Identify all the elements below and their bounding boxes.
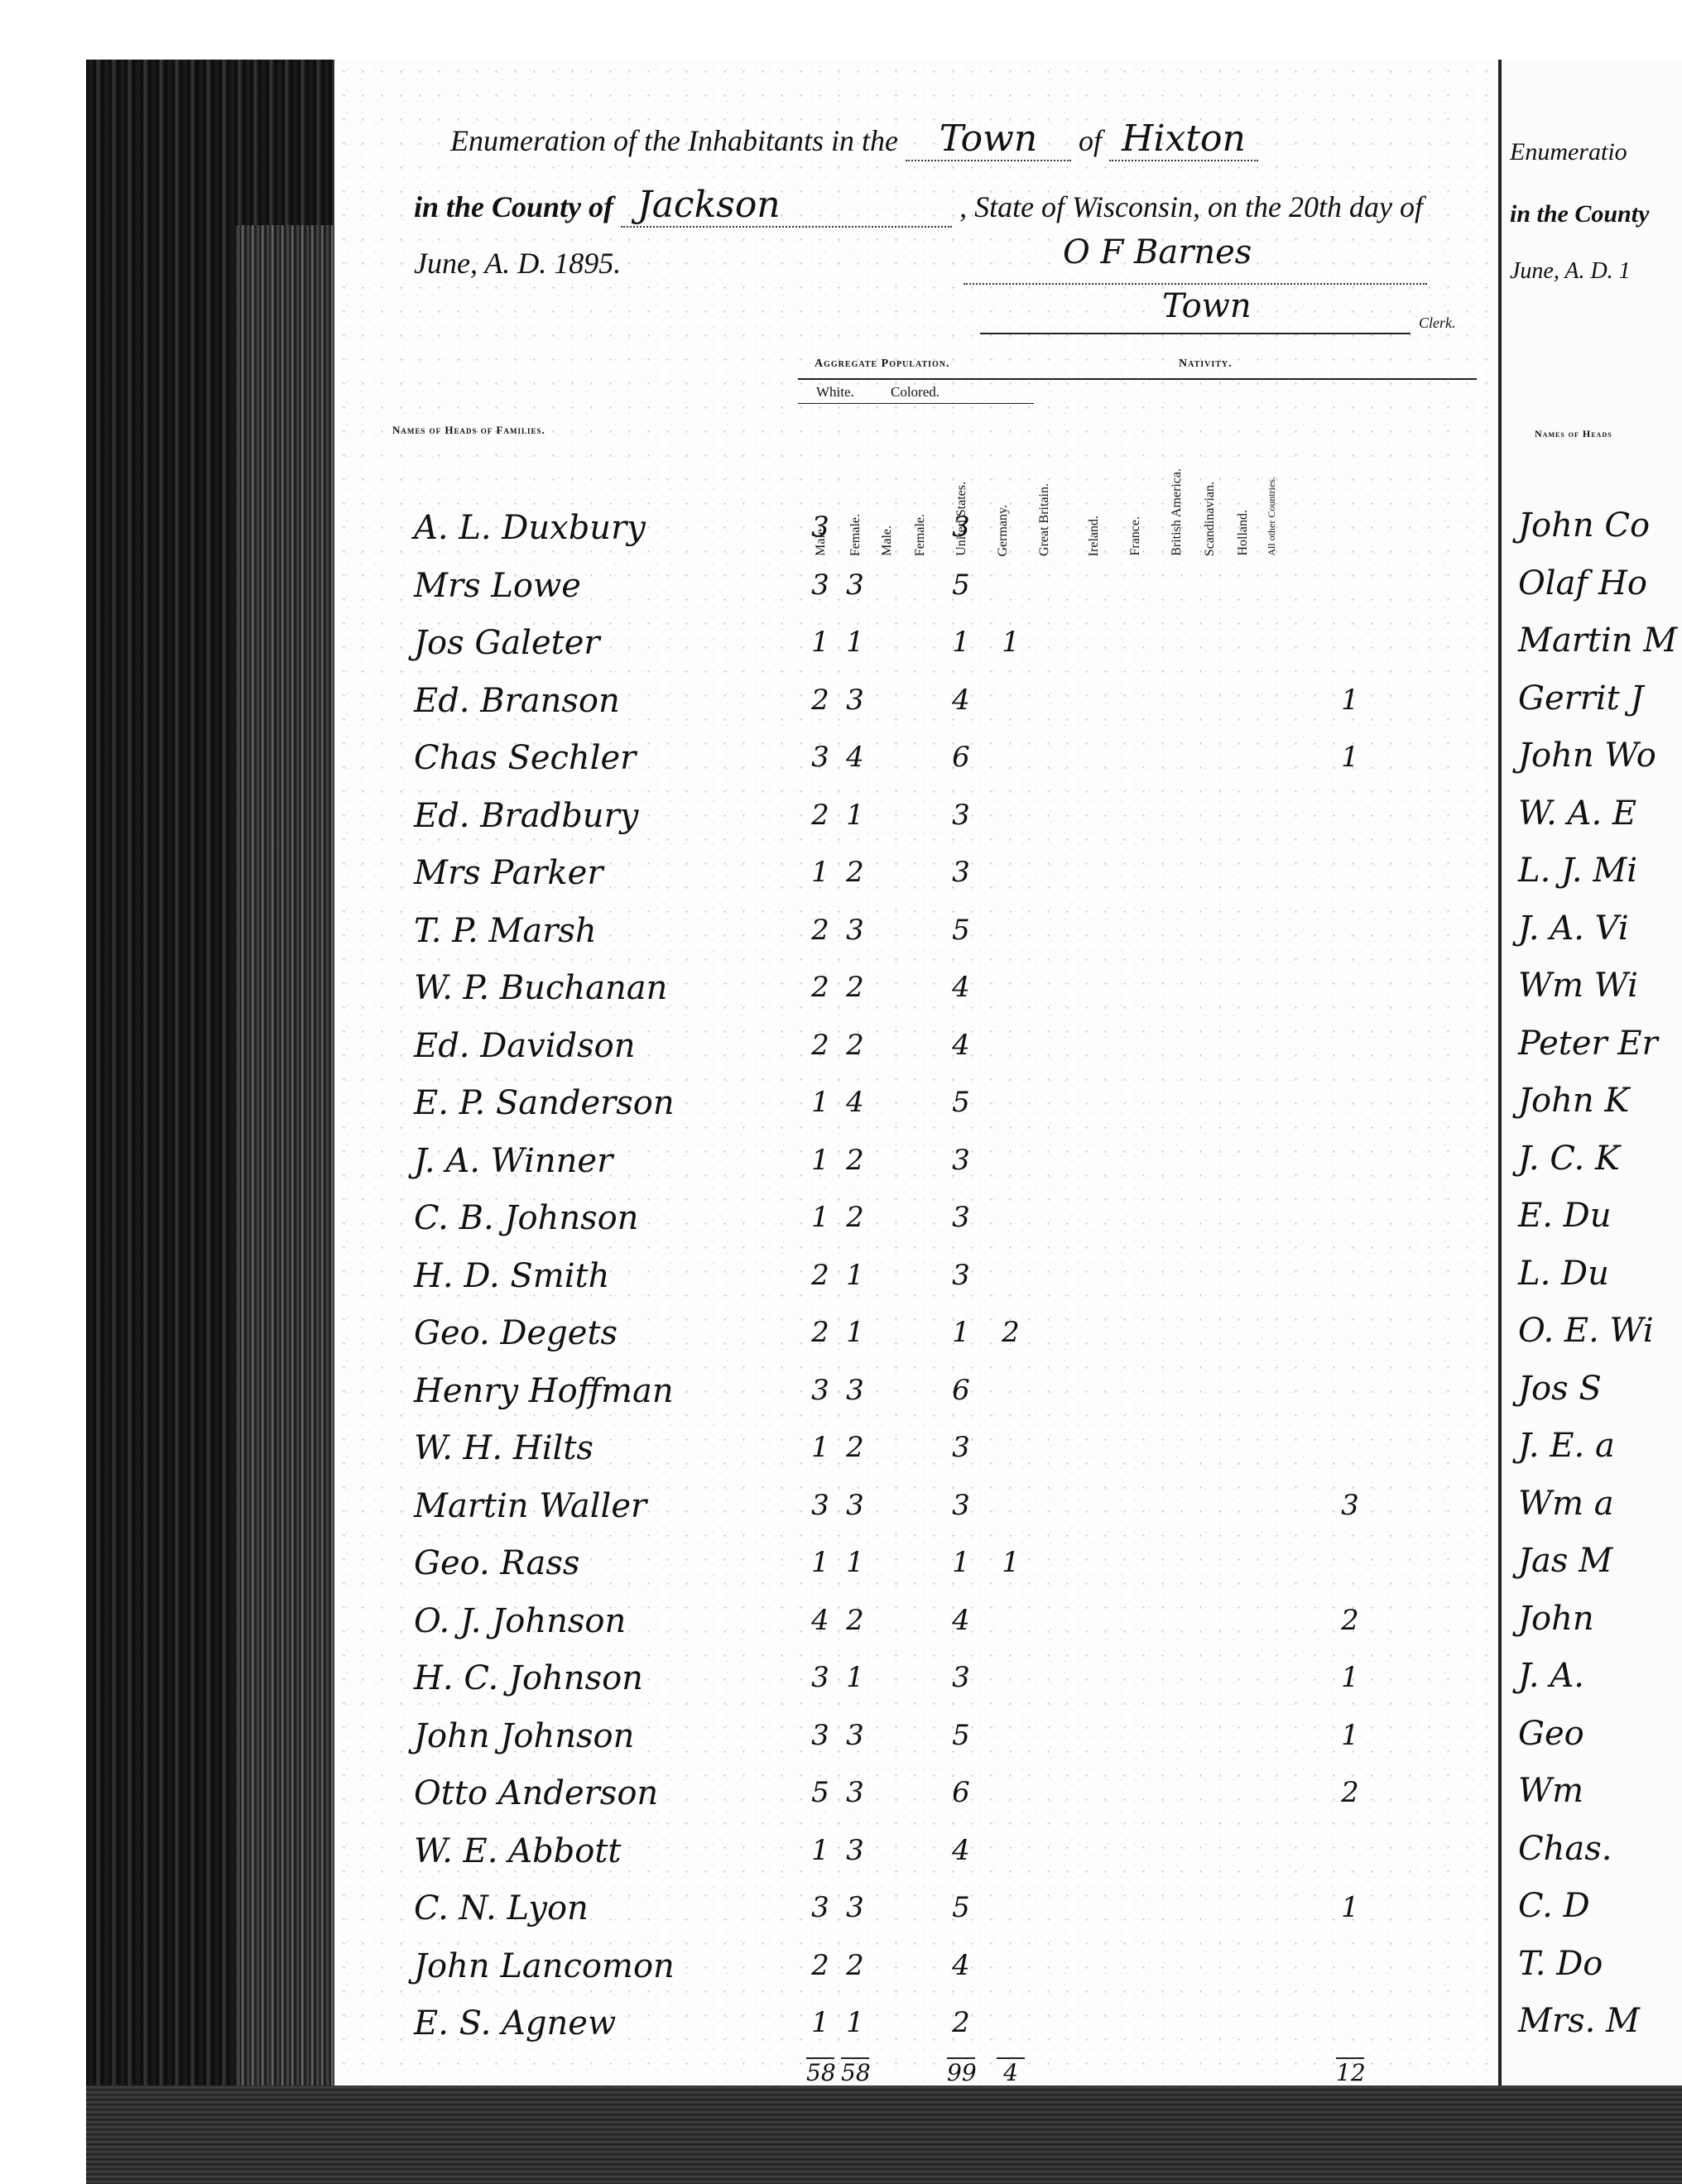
adjacent-name: Mrs. M <box>1518 2002 1640 2040</box>
adjacent-name: L. Du <box>1518 1255 1609 1293</box>
adjacent-name: Jas M <box>1518 1542 1612 1580</box>
count-us: 5 <box>947 569 975 602</box>
count-us: 4 <box>947 1834 975 1867</box>
table-row: John Lancomon224 <box>334 1947 1510 1989</box>
head-of-family-name: C. B. Johnson <box>414 1199 638 1237</box>
count-white-female: 3 <box>841 1776 869 1809</box>
head-of-family-name: E. S. Agnew <box>414 2004 616 2042</box>
count-white-female: 3 <box>841 914 869 947</box>
table-row: Ed. Branson2341 <box>334 682 1510 723</box>
count-white-male: 1 <box>806 1834 834 1867</box>
adjacent-name: E. Du <box>1518 1197 1611 1235</box>
count-holland: 2 <box>1336 1776 1364 1809</box>
count-white-female: 3 <box>841 1489 869 1522</box>
table-row: T. P. Marsh235 <box>334 912 1510 953</box>
count-white-male: 3 <box>806 1489 834 1522</box>
count-white-male: 1 <box>806 1201 834 1234</box>
count-us: 3 <box>947 511 975 544</box>
adjacent-name: Geo <box>1518 1715 1584 1753</box>
count-us: 2 <box>947 2006 975 2039</box>
count-us: 3 <box>947 1201 975 1234</box>
adjacent-heading-3: June, A. D. 1 <box>1510 258 1631 285</box>
count-white-male: 2 <box>806 1259 834 1292</box>
adjacent-name: John <box>1518 1600 1594 1638</box>
adjacent-name: J. A. <box>1518 1657 1584 1695</box>
table-row: Geo. Rass1111 <box>334 1544 1510 1586</box>
count-us: 4 <box>947 684 975 717</box>
heading-prefix: Enumeration of the Inhabitants in the <box>450 124 898 157</box>
office-line <box>980 333 1410 334</box>
count-white-male: 1 <box>806 1144 834 1177</box>
count-white-female: 2 <box>841 1144 869 1177</box>
head-of-family-name: W. H. Hilts <box>414 1429 594 1467</box>
head-of-family-name: J. A. Winner <box>414 1142 613 1180</box>
count-holland: 2 <box>1336 1604 1364 1637</box>
count-us: 4 <box>947 971 975 1004</box>
head-of-family-name: O. J. Johnson <box>414 1602 626 1640</box>
total-germany: 4 <box>997 2057 1025 2086</box>
count-us: 3 <box>947 1259 975 1292</box>
adjacent-name: T. Do <box>1518 1945 1603 1983</box>
table-row: Ed. Bradbury213 <box>334 797 1510 838</box>
adjacent-name: L. J. Mi <box>1518 852 1637 890</box>
count-us: 1 <box>947 1546 975 1579</box>
adjacent-name: Peter Er <box>1518 1025 1658 1063</box>
head-of-family-name: A. L. Duxbury <box>414 509 646 547</box>
count-white-female: 3 <box>841 1834 869 1867</box>
count-white-male: 1 <box>806 1546 834 1579</box>
count-holland: 3 <box>1336 1489 1364 1522</box>
book-binding-shadow <box>86 60 334 2184</box>
count-white-male: 2 <box>806 684 834 717</box>
table-row: H. D. Smith213 <box>334 1257 1510 1298</box>
table-row: Mrs Lowe335 <box>334 567 1510 608</box>
white-header: White. <box>816 384 854 401</box>
count-white-male: 2 <box>806 971 834 1004</box>
adjacent-name: J. A. Vi <box>1518 910 1629 948</box>
count-us: 3 <box>947 1489 975 1522</box>
total-white-male: 58 <box>806 2057 834 2086</box>
table-row: W. P. Buchanan224 <box>334 969 1510 1010</box>
count-white-male: 4 <box>806 1604 834 1637</box>
table-row: E. S. Agnew112 <box>334 2004 1510 2046</box>
count-white-female: 2 <box>841 856 869 889</box>
count-us: 1 <box>947 1316 975 1349</box>
adjacent-name: Olaf Ho <box>1518 564 1647 602</box>
adjacent-name: John Wo <box>1518 737 1656 775</box>
enumerator-signature: O F Barnes <box>1063 233 1252 271</box>
aggregate-population-header: Aggregate Population. <box>815 358 950 371</box>
table-row: Otto Anderson5362 <box>334 1774 1510 1816</box>
count-white-male: 1 <box>806 2006 834 2039</box>
count-white-female: 2 <box>841 1201 869 1234</box>
count-us: 3 <box>947 1144 975 1177</box>
head-of-family-name: Geo. Degets <box>414 1314 618 1352</box>
adjacent-name: W. A. E <box>1518 794 1636 833</box>
count-white-female: 3 <box>841 1719 869 1752</box>
count-white-male: 1 <box>806 1086 834 1119</box>
head-of-family-name: H. C. Johnson <box>414 1659 643 1697</box>
bottom-edge-shadow <box>86 2086 1682 2184</box>
count-white-male: 1 <box>806 856 834 889</box>
state-date-label: , State of Wisconsin, on the 20th day of <box>959 190 1423 223</box>
table-row: Martin Waller3333 <box>334 1487 1510 1529</box>
adjacent-name: Gerrit J <box>1518 679 1643 718</box>
count-white-female: 2 <box>841 971 869 1004</box>
count-white-male: 3 <box>806 1891 834 1924</box>
count-white-female: 1 <box>841 799 869 832</box>
head-of-family-name: Martin Waller <box>414 1487 646 1525</box>
count-holland: 1 <box>1336 684 1364 717</box>
head-of-family-name: Ed. Bradbury <box>414 797 638 835</box>
enumeration-date: June, A. D. 1895. <box>414 246 621 281</box>
count-white-male: 3 <box>806 1719 834 1752</box>
count-white-male: 3 <box>806 511 834 544</box>
count-white-female: 1 <box>841 1259 869 1292</box>
head-of-family-name: Henry Hoffman <box>414 1372 674 1410</box>
count-us: 3 <box>947 1431 975 1464</box>
subgroup-rule <box>798 403 1034 404</box>
county-name: Jackson <box>621 184 952 228</box>
adjacent-name: Wm Wi <box>1518 967 1638 1005</box>
count-us: 4 <box>947 1604 975 1637</box>
adjacent-name: J. E. a <box>1518 1427 1615 1465</box>
head-of-family-name: Ed. Branson <box>414 682 620 720</box>
count-white-male: 3 <box>806 741 834 774</box>
adjacent-heading-2: in the County <box>1510 200 1649 228</box>
adjacent-names-header: Names of Heads <box>1535 428 1612 440</box>
signature-line <box>964 283 1427 286</box>
table-row: Chas Sechler3461 <box>334 739 1510 780</box>
count-white-female: 1 <box>841 1546 869 1579</box>
adjacent-name: O. E. Wi <box>1518 1312 1654 1350</box>
count-white-female: 2 <box>841 1431 869 1464</box>
count-us: 5 <box>947 914 975 947</box>
count-white-female: 1 <box>841 1661 869 1694</box>
count-us: 3 <box>947 1661 975 1694</box>
head-of-family-name: W. P. Buchanan <box>414 969 667 1007</box>
head-of-family-name: H. D. Smith <box>414 1257 609 1295</box>
count-white-female: 1 <box>841 626 869 659</box>
table-row: C. N. Lyon3351 <box>334 1889 1510 1931</box>
table-row: O. J. Johnson4242 <box>334 1602 1510 1644</box>
nativity-header: Nativity. <box>1179 358 1233 371</box>
head-of-family-name: Geo. Rass <box>414 1544 579 1582</box>
head-of-family-name: Otto Anderson <box>414 1774 658 1812</box>
count-white-male: 2 <box>806 1316 834 1349</box>
count-holland: 1 <box>1336 1891 1364 1924</box>
count-white-male: 2 <box>806 1029 834 1062</box>
adjacent-heading-1: Enumeratio <box>1510 138 1627 166</box>
count-white-male: 1 <box>806 626 834 659</box>
count-us: 3 <box>947 799 975 832</box>
adjacent-name: C. D <box>1518 1887 1590 1925</box>
head-of-family-name: Jos Galeter <box>414 624 600 662</box>
count-white-male: 3 <box>806 1374 834 1407</box>
table-row: E. P. Sanderson145 <box>334 1084 1510 1126</box>
table-row: W. H. Hilts123 <box>334 1429 1510 1471</box>
heading-line-2: in the County of Jackson , State of Wisc… <box>414 184 1423 228</box>
table-row: Mrs Parker123 <box>334 854 1510 895</box>
count-us: 6 <box>947 741 975 774</box>
adjacent-name: J. C. K <box>1518 1140 1620 1178</box>
count-us: 6 <box>947 1776 975 1809</box>
municipality-type: Town <box>906 118 1071 161</box>
count-white-female: 2 <box>841 1029 869 1062</box>
count-white-female: 1 <box>841 1316 869 1349</box>
table-row: J. A. Winner123 <box>334 1142 1510 1183</box>
adjacent-page: Enumeratio in the County June, A. D. 1 N… <box>1502 60 1682 2153</box>
count-white-female: 3 <box>841 569 869 602</box>
count-us: 5 <box>947 1891 975 1924</box>
adjacent-name: Chas. <box>1518 1830 1612 1868</box>
heading-line-1: Enumeration of the Inhabitants in the To… <box>450 118 1258 161</box>
table-row: W. E. Abbott134 <box>334 1832 1510 1874</box>
count-germany: 2 <box>997 1316 1025 1349</box>
census-page: Enumeration of the Inhabitants in the To… <box>334 60 1510 2153</box>
count-white-female: 3 <box>841 1374 869 1407</box>
count-us: 5 <box>947 1086 975 1119</box>
count-white-female: 2 <box>841 1604 869 1637</box>
adjacent-name: John K <box>1518 1082 1629 1120</box>
head-of-family-name: W. E. Abbott <box>414 1832 622 1870</box>
head-of-family-name: Mrs Lowe <box>414 567 581 605</box>
heading-of: of <box>1079 124 1102 157</box>
head-of-family-name: T. P. Marsh <box>414 912 597 950</box>
count-germany: 1 <box>997 626 1025 659</box>
head-of-family-name: John Johnson <box>414 1717 634 1755</box>
count-white-male: 1 <box>806 1431 834 1464</box>
count-holland: 1 <box>1336 1719 1364 1752</box>
table-row: Jos Galeter1111 <box>334 624 1510 665</box>
table-row: H. C. Johnson3131 <box>334 1659 1510 1701</box>
municipality-name: Hixton <box>1109 118 1258 161</box>
count-white-male: 2 <box>806 914 834 947</box>
total-holland: 12 <box>1336 2057 1364 2086</box>
count-white-female: 4 <box>841 741 869 774</box>
count-white-male: 3 <box>806 569 834 602</box>
count-white-female: 3 <box>841 1891 869 1924</box>
colored-header: Colored. <box>891 384 940 401</box>
count-white-female: 1 <box>841 2006 869 2039</box>
head-of-family-name: Chas Sechler <box>414 739 636 777</box>
adjacent-name: Jos S <box>1518 1370 1602 1408</box>
head-of-family-name: John Lancomon <box>414 1947 675 1985</box>
count-white-female: 4 <box>841 1086 869 1119</box>
count-white-female: 3 <box>841 684 869 717</box>
head-of-family-name: E. P. Sanderson <box>414 1084 675 1122</box>
count-white-male: 5 <box>806 1776 834 1809</box>
head-of-family-name: C. N. Lyon <box>414 1889 589 1927</box>
count-us: 4 <box>947 1949 975 1982</box>
count-us: 5 <box>947 1719 975 1752</box>
table-row: C. B. Johnson123 <box>334 1199 1510 1241</box>
count-us: 4 <box>947 1029 975 1062</box>
county-label: in the County of <box>414 190 613 223</box>
count-white-female: 2 <box>841 1949 869 1982</box>
count-white-male: 2 <box>806 799 834 832</box>
table-row: Henry Hoffman336 <box>334 1372 1510 1414</box>
count-us: 6 <box>947 1374 975 1407</box>
table-row: A. L. Duxbury33 <box>334 509 1510 550</box>
names-column-header: Names of Heads of Families. <box>392 424 545 437</box>
table-row: Geo. Degets2112 <box>334 1314 1510 1356</box>
adjacent-name: Wm <box>1518 1772 1583 1810</box>
count-holland: 1 <box>1336 741 1364 774</box>
total-us: 99 <box>947 2057 975 2086</box>
table-row: Ed. Davidson224 <box>334 1027 1510 1068</box>
adjacent-name: Martin M <box>1518 622 1677 660</box>
adjacent-name: Wm a <box>1518 1485 1614 1523</box>
group-header-rule <box>798 378 1477 380</box>
count-white-male: 2 <box>806 1949 834 1982</box>
count-holland: 1 <box>1336 1661 1364 1694</box>
count-us: 3 <box>947 856 975 889</box>
total-white-female: 58 <box>841 2057 869 2086</box>
head-of-family-name: Ed. Davidson <box>414 1027 636 1065</box>
adjacent-name: John Co <box>1518 506 1650 545</box>
count-white-male: 3 <box>806 1661 834 1694</box>
count-us: 1 <box>947 626 975 659</box>
table-row: John Johnson3351 <box>334 1717 1510 1759</box>
enumerator-office: Town <box>1162 287 1252 325</box>
head-of-family-name: Mrs Parker <box>414 854 603 892</box>
clerk-label: Clerk. <box>1419 314 1456 332</box>
count-germany: 1 <box>997 1546 1025 1579</box>
